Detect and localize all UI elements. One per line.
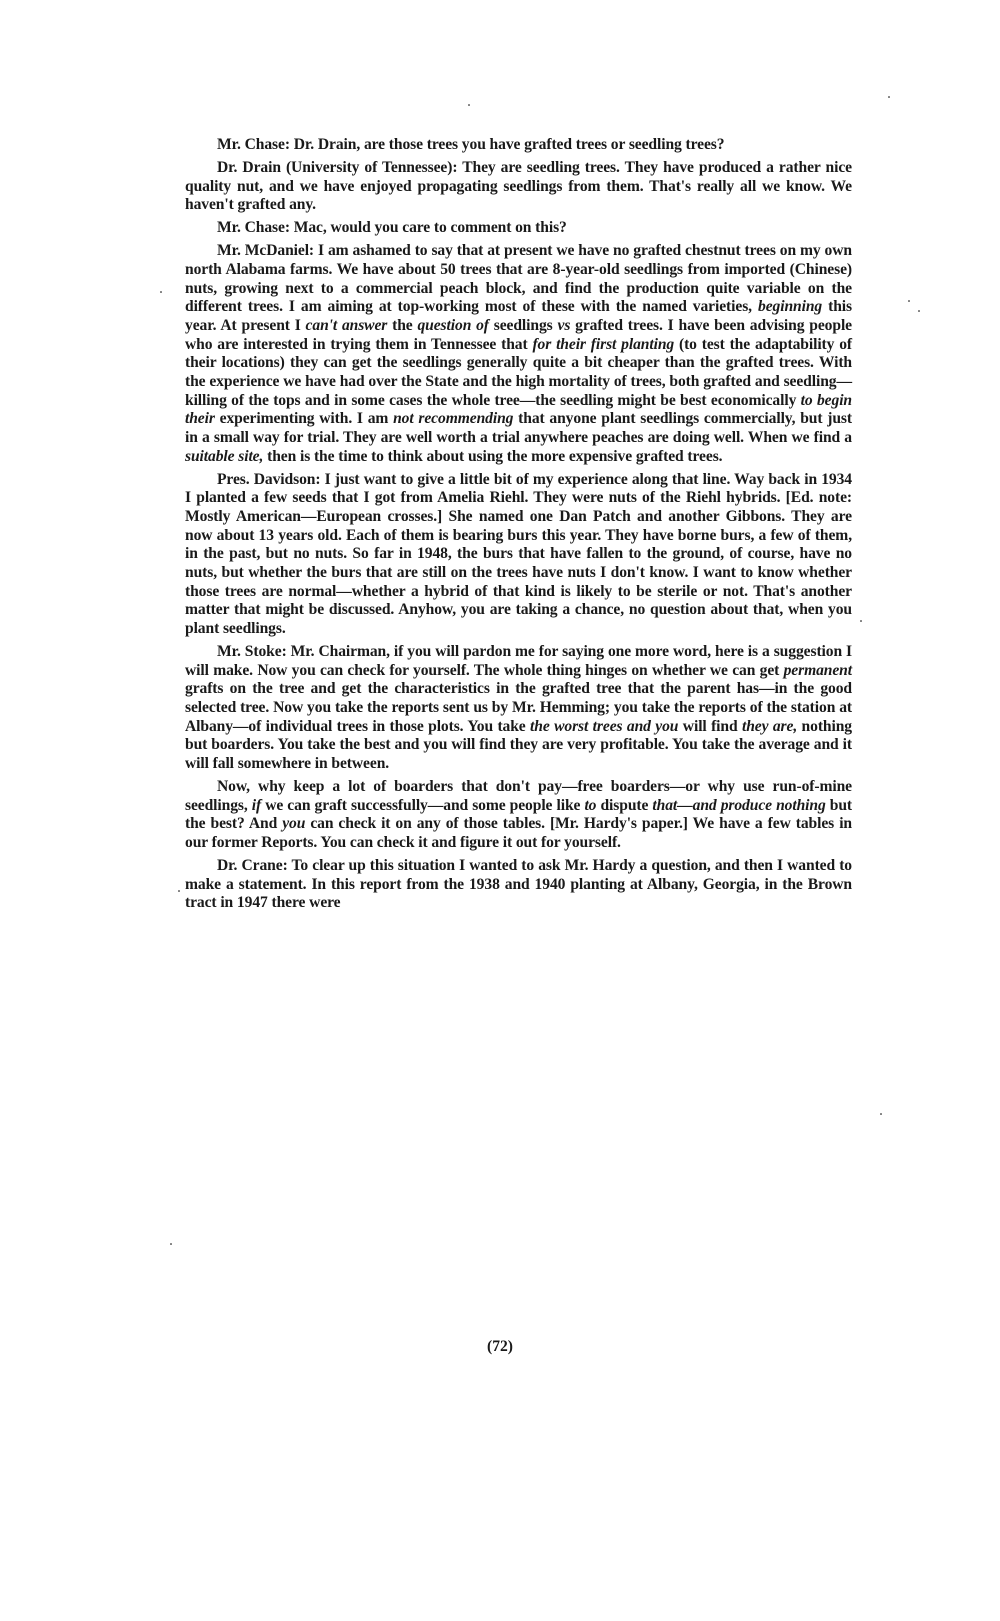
scan-speck <box>178 890 180 892</box>
body-text: we can graft successfully—and some peopl… <box>261 797 584 814</box>
scan-speck <box>918 310 920 312</box>
speaker-name: Mr. McDaniel: <box>217 242 314 259</box>
scan-speck <box>468 104 470 106</box>
italic-text: that—and produce nothing <box>652 797 825 814</box>
italic-text: vs <box>558 317 571 334</box>
scan-speck <box>908 300 910 302</box>
paragraph: Mr. Chase: Dr. Drain, are those trees yo… <box>185 136 852 155</box>
document-page: Mr. Chase: Dr. Drain, are those trees yo… <box>185 136 852 917</box>
italic-text: they are, <box>742 718 797 735</box>
paragraph: Mr. McDaniel: I am ashamed to say that a… <box>185 242 852 466</box>
scan-speck <box>160 291 162 293</box>
italic-text: if <box>252 797 261 814</box>
scan-speck <box>170 1243 172 1245</box>
body-text: Dr. Drain, are those trees you have graf… <box>290 136 725 153</box>
italic-text: you <box>282 815 305 832</box>
speaker-name: Dr. Drain (University of Tennessee): <box>217 159 457 176</box>
scan-speck <box>860 620 862 622</box>
italic-text: for their first planting <box>532 336 674 353</box>
scan-speck <box>880 1113 882 1115</box>
italic-text: not recommending <box>393 410 513 427</box>
body-text: then is the time to think about using th… <box>263 448 722 465</box>
italic-text: permanent <box>784 662 852 679</box>
paragraph: Dr. Crane: To clear up this situation I … <box>185 857 852 913</box>
italic-text: question of <box>417 317 488 334</box>
italic-text: beginning <box>758 298 822 315</box>
speaker-name: Pres. Davidson: <box>217 471 320 488</box>
body-text: will find <box>678 718 742 735</box>
italic-text: suitable site, <box>185 448 263 465</box>
paragraph: Mr. Chase: Mac, would you care to commen… <box>185 219 852 238</box>
body-text: experimenting with. I am <box>215 410 393 427</box>
italic-text: the worst trees and you <box>530 718 678 735</box>
paragraph: Pres. Davidson: I just want to give a li… <box>185 471 852 639</box>
page-number: (72) <box>0 1338 1000 1356</box>
paragraph: Mr. Stoke: Mr. Chairman, if you will par… <box>185 643 852 774</box>
paragraph: Dr. Drain (University of Tennessee): The… <box>185 159 852 215</box>
speaker-name: Dr. Crane: <box>217 857 288 874</box>
speaker-name: Mr. Chase: <box>217 219 290 236</box>
italic-text: can't answer <box>306 317 388 334</box>
body-text: the <box>387 317 417 334</box>
body-text: seedlings <box>489 317 558 334</box>
body-text: dispute <box>596 797 652 814</box>
scan-speck <box>888 96 890 98</box>
body-text: Mac, would you care to comment on this? <box>290 219 567 236</box>
speaker-name: Mr. Stoke: <box>217 643 287 660</box>
italic-text: to <box>584 797 596 814</box>
body-text: I just want to give a little bit of my e… <box>185 471 852 637</box>
paragraph: Now, why keep a lot of boarders that don… <box>185 778 852 853</box>
speaker-name: Mr. Chase: <box>217 136 290 153</box>
